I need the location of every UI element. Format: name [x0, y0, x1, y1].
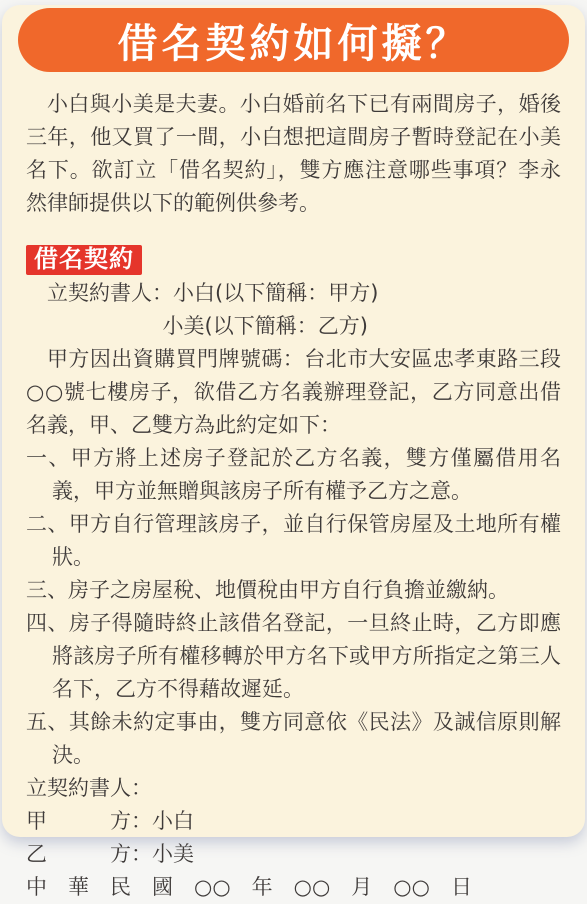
clause-text: 房子得隨時終止該借名登記，一旦終止時，乙方即應將該房子所有權移轉於甲方名下或甲方…: [52, 611, 561, 701]
clause-text: 其餘未約定事由，雙方同意依《民法》及誠信原則解決。: [52, 710, 561, 767]
header-banner: 借名契約如何擬？: [18, 8, 569, 72]
contract-label-badge: 借名契約: [26, 245, 142, 275]
party-line-a: 立契約書人：小白(以下簡稱：甲方): [26, 277, 561, 310]
clause-number: 四、: [26, 611, 69, 635]
clause-item-3: 三、房子之房屋稅、地價稅由甲方自行負擔並繳納。: [26, 574, 561, 607]
contract-preamble: 甲方因出資購買門牌號碼：台北市大安區忠孝東路三段○○號七樓房子，欲借乙方名義辦理…: [26, 343, 561, 442]
page-title: 借名契約如何擬？: [118, 12, 470, 69]
clause-number: 五、: [26, 710, 69, 734]
clause-number: 三、: [26, 578, 68, 602]
signature-party-a: 甲 方：小白: [26, 805, 561, 838]
clause-number: 一、: [26, 446, 71, 470]
contract-card: 借名契約如何擬？ 小白與小美是夫妻。小白婚前名下已有兩間房子，婚後三年，他又買了…: [2, 5, 585, 837]
clause-item-2: 二、甲方自行管理該房子，並自行保管房屋及土地所有權狀。: [26, 508, 561, 574]
clause-item-1: 一、甲方將上述房子登記於乙方名義，雙方僅屬借用名義，甲方並無贈與該房子所有權予乙…: [26, 442, 561, 508]
clause-text: 甲方自行管理該房子，並自行保管房屋及土地所有權狀。: [52, 512, 561, 569]
clause-text: 甲方將上述房子登記於乙方名義，雙方僅屬借用名義，甲方並無贈與該房子所有權予乙方之…: [52, 446, 561, 503]
clause-text: 房子之房屋稅、地價稅由甲方自行負擔並繳納。: [68, 578, 509, 602]
signature-party-b: 乙 方：小美: [26, 838, 561, 849]
party-line-b: 小美(以下簡稱：乙方): [26, 310, 561, 343]
clause-item-4: 四、房子得隨時終止該借名登記，一旦終止時，乙方即應將該房子所有權移轉於甲方名下或…: [26, 607, 561, 706]
clause-item-5: 五、其餘未約定事由，雙方同意依《民法》及誠信原則解決。: [26, 706, 561, 772]
intro-paragraph: 小白與小美是夫妻。小白婚前名下已有兩間房子，婚後三年，他又買了一間，小白想把這間…: [26, 88, 561, 220]
clause-number: 二、: [26, 512, 69, 536]
signature-heading: 立契約書人：: [26, 772, 561, 805]
